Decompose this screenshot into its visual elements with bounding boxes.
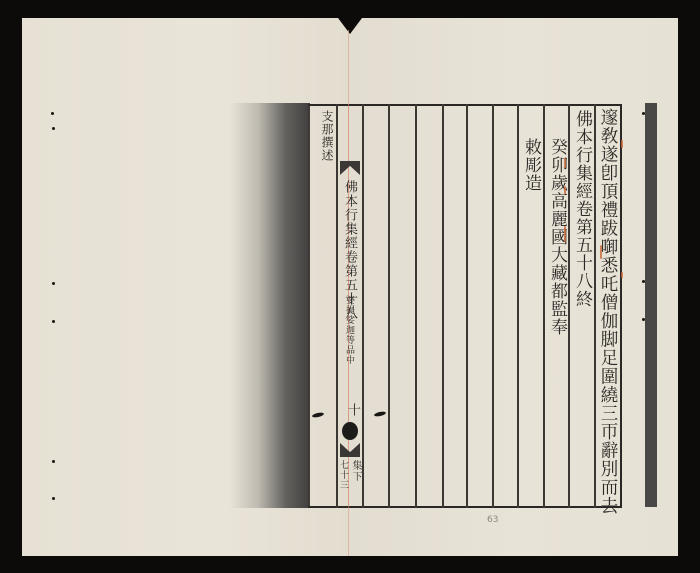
text-column-4: 敕彫造 xyxy=(521,138,541,192)
column-rule xyxy=(543,104,545,508)
ink-bleed-shadow xyxy=(230,103,310,508)
binding-hole xyxy=(52,127,55,130)
red-annotation-mark xyxy=(621,140,623,148)
red-annotation-mark xyxy=(564,186,566,194)
handwritten-page-number: 63 xyxy=(487,515,498,525)
binding-hole xyxy=(51,112,54,115)
column-rule xyxy=(568,104,570,508)
column-rule xyxy=(466,104,468,508)
right-ink-strip xyxy=(645,103,657,507)
column-rule xyxy=(594,104,596,508)
red-annotation-mark xyxy=(564,226,566,242)
column-rule xyxy=(442,104,444,508)
column-rule xyxy=(362,104,364,508)
binding-hole xyxy=(52,282,55,285)
red-annotation-mark xyxy=(600,245,602,259)
spine-subtext: 婆提娑迦等品中 xyxy=(344,295,354,365)
spine-bottom-left: 七十三 xyxy=(338,460,348,490)
binding-hole xyxy=(52,497,55,500)
spine-bottom-right: 集下 xyxy=(350,460,360,482)
text-column-1: 邃敎遂卽頂禮跋啣悉吒僧伽脚足圍繞三帀辭別而去 xyxy=(598,108,618,515)
column-rule xyxy=(517,104,519,508)
fold-notch xyxy=(338,18,362,34)
spine-ten-mark: 十 xyxy=(343,403,362,417)
spine-top-text: 支那撰述 xyxy=(320,110,333,158)
column-rule xyxy=(415,104,417,508)
column-rule xyxy=(388,104,390,508)
binding-hole xyxy=(52,460,55,463)
binding-hole xyxy=(52,320,55,323)
red-annotation-mark xyxy=(621,272,623,278)
red-annotation-mark xyxy=(564,158,566,168)
fish-circle-icon xyxy=(342,422,358,440)
column-rule xyxy=(492,104,494,508)
text-column-2: 佛本行集經卷第五十八終 xyxy=(572,110,592,308)
